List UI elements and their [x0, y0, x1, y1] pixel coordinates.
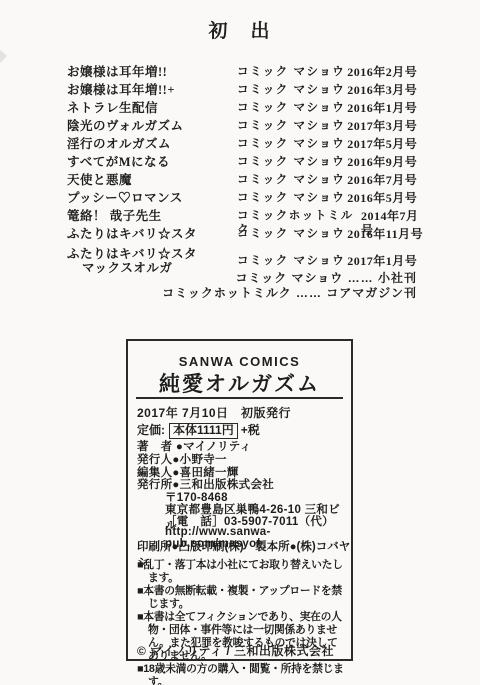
- magazine-name: コミック マショウ: [237, 83, 345, 97]
- issue-date: 2016年2月号: [347, 65, 417, 79]
- work-title: プッシー♡ロマンス: [67, 191, 237, 205]
- publication-row: お嬢様は耳年増!!+ コミック マショウ 2016年3月号: [67, 83, 427, 101]
- publication-row: 天使と悪魔 コミック マショウ 2016年7月号: [67, 173, 427, 191]
- copyright-line: © マイノリティ / 三和出版株式会社: [137, 642, 334, 659]
- publisher-name: 小社刊: [378, 271, 417, 285]
- issue-date: 2017年5月号: [347, 137, 417, 151]
- work-title: ネトラレ生配信: [67, 101, 237, 115]
- publication-row: お嬢様は耳年増!! コミック マショウ 2016年2月号: [67, 65, 427, 83]
- publication-list: お嬢様は耳年増!! コミック マショウ 2016年2月号 お嬢様は耳年増!!+ …: [67, 65, 427, 276]
- publication-row: ふたりはキバリ☆スタ コミック マショウ 2016年11月号: [67, 227, 427, 245]
- magazine-name: コミック マショウ: [237, 137, 345, 151]
- publication-row: 淫行のオルガズム コミック マショウ 2017年5月号: [67, 137, 427, 155]
- work-title: 天使と悪魔: [67, 173, 237, 187]
- notice-item: ■乱丁・落丁本は小社にてお取り替えいたします。: [137, 559, 348, 585]
- price-line: 定価:本体1111円+税: [137, 421, 260, 439]
- source-line: コミックホットミルク …… コアマガジン刊: [67, 286, 417, 301]
- publication-row: 篭絡！ 哉子先生 コミックホットミルク 2014年7月号: [67, 209, 427, 227]
- ellipsis: ……: [292, 286, 327, 300]
- magazine-name: コミックホットミルク: [162, 286, 292, 300]
- work-title: 陰光のヴォルガズム: [67, 119, 237, 133]
- issue-date: 2016年11月号: [347, 227, 423, 241]
- issue-date: 2016年5月号: [347, 191, 417, 205]
- magazine-name: コミック マショウ: [237, 155, 345, 169]
- publication-row: プッシー♡ロマンス コミック マショウ 2016年5月号: [67, 191, 427, 209]
- ellipsis: ……: [343, 271, 378, 285]
- colophon-box: SANWA COMICS 純愛オルガズム 2017年 7月10日 初版発行 定価…: [126, 339, 353, 661]
- issue-date: 2017年3月号: [347, 119, 417, 133]
- notice-item: ■18歳未満の方の購入・閲覧・所持を禁じます。: [137, 663, 348, 685]
- publisher-name: コアマガジン刊: [326, 286, 417, 300]
- publication-row: 陰光のヴォルガズム コミック マショウ 2017年3月号: [67, 119, 427, 137]
- work-title: お嬢様は耳年増!!: [67, 65, 237, 79]
- issue-date: 2017年1月号: [347, 254, 417, 268]
- title-rule: [136, 397, 343, 399]
- issue-date: 2016年1月号: [347, 101, 417, 115]
- price-box: 本体1111円: [169, 423, 238, 439]
- source-attribution: コミック マショウ …… 小社刊 コミックホットミルク …… コアマガジン刊: [67, 271, 417, 300]
- magazine-name: コミック マショウ: [235, 271, 343, 285]
- magazine-name: コミック マショウ: [237, 101, 345, 115]
- work-title: 篭絡！ 哉子先生: [67, 209, 237, 223]
- notice-item: ■本書の無断転載・複製・アップロードを禁じます。: [137, 585, 348, 611]
- issue-date: 2016年7月号: [347, 173, 417, 187]
- work-title: 淫行のオルガズム: [67, 137, 237, 151]
- magazine-name: コミック マショウ: [237, 191, 345, 205]
- issue-date: 2016年9月号: [347, 155, 417, 169]
- notices-block: ■乱丁・落丁本は小社にてお取り替えいたします。 ■本書の無断転載・複製・アップロ…: [137, 559, 348, 685]
- scan-artifact: [0, 50, 7, 63]
- edition-line: 2017年 7月10日 初版発行: [137, 404, 291, 421]
- page-heading: 初 出: [0, 16, 480, 43]
- printer-name: 印刷所●凸版印刷(株): [137, 541, 244, 553]
- work-title: お嬢様は耳年増!!+: [67, 83, 237, 97]
- publication-row: すべてがMになる コミック マショウ 2016年9月号: [67, 155, 427, 173]
- magazine-name: コミック マショウ: [237, 173, 345, 187]
- issue-date: 2016年3月号: [347, 83, 417, 97]
- work-title: ふたりはキバリ☆スタ: [67, 227, 237, 241]
- work-title: すべてがMになる: [67, 155, 237, 169]
- publisher-label: SANWA COMICS: [128, 354, 351, 369]
- book-title: 純愛オルガズム: [128, 368, 351, 398]
- price-label: 定価:: [137, 423, 165, 437]
- price-suffix: +税: [241, 423, 260, 437]
- source-line: コミック マショウ …… 小社刊: [67, 271, 417, 286]
- magazine-name: コミック マショウ: [237, 254, 345, 268]
- magazine-name: コミック マショウ: [237, 227, 345, 241]
- magazine-name: コミック マショウ: [237, 119, 345, 133]
- magazine-name: コミック マショウ: [237, 65, 345, 79]
- publication-row: ネトラレ生配信 コミック マショウ 2016年1月号: [67, 101, 427, 119]
